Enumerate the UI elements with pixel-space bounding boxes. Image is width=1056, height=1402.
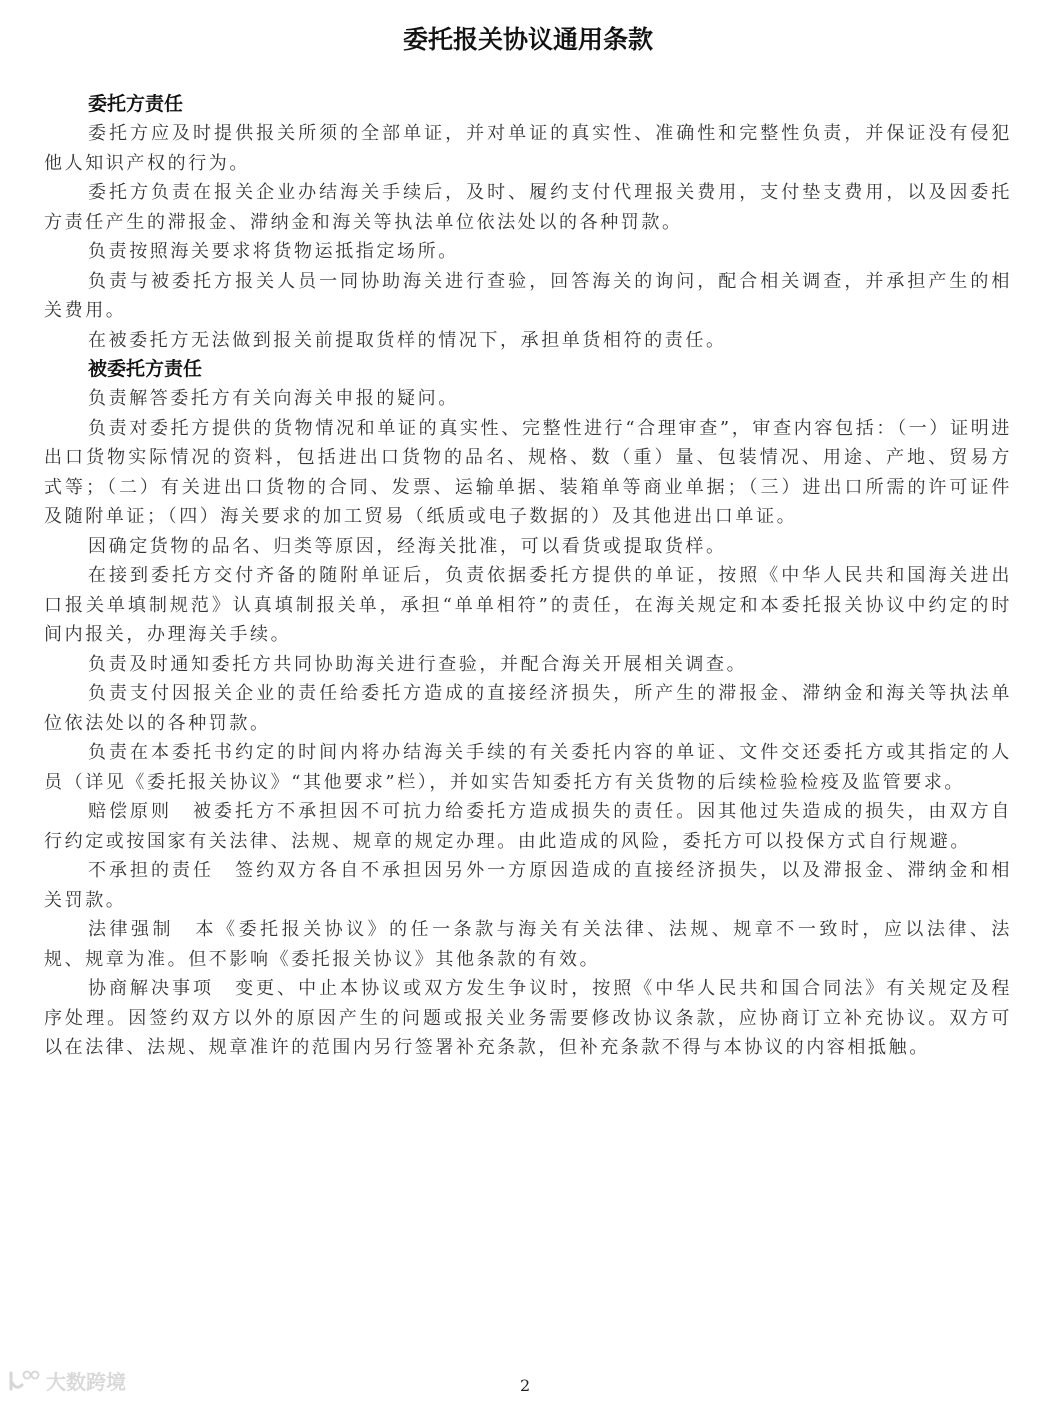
paragraph: 负责在本委托书约定的时间内将办结海关手续的有关委托内容的单证、文件交还委托方或其…	[44, 738, 1012, 797]
paragraph: 赔偿原则 被委托方不承担因不可抗力给委托方造成损失的责任。因其他过失造成的损失，…	[44, 797, 1012, 856]
watermark: 大数跨境	[8, 1366, 126, 1395]
paragraph: 负责解答委托方有关向海关申报的疑问。	[44, 384, 1012, 414]
section-agent-responsibility: 被委托方责任 负责解答委托方有关向海关申报的疑问。 负责对委托方提供的货物情况和…	[44, 355, 1012, 1063]
paragraph: 负责及时通知委托方共同协助海关进行查验，并配合海关开展相关调查。	[44, 650, 1012, 680]
paragraph: 负责按照海关要求将货物运抵指定场所。	[44, 237, 1012, 267]
paragraph: 在被委托方无法做到报关前提取货样的情况下，承担单货相符的责任。	[44, 326, 1012, 356]
paragraph: 负责与被委托方报关人员一同协助海关进行查验，回答海关的询问，配合相关调查，并承担…	[44, 267, 1012, 326]
document-body: 委托方责任 委托方应及时提供报关所须的全部单证，并对单证的真实性、准确性和完整性…	[44, 90, 1012, 1063]
paragraph: 委托方应及时提供报关所须的全部单证，并对单证的真实性、准确性和完整性负责，并保证…	[44, 119, 1012, 178]
paragraph: 协商解决事项 变更、中止本协议或双方发生争议时，按照《中华人民共和国合同法》有关…	[44, 974, 1012, 1063]
document-title: 委托报关协议通用条款	[0, 20, 1056, 56]
paragraph: 因确定货物的品名、归类等原因，经海关批准，可以看货或提取货样。	[44, 532, 1012, 562]
section-heading: 被委托方责任	[44, 355, 1012, 384]
brand-logo-icon	[8, 1369, 40, 1393]
page-number: 2	[520, 1376, 530, 1395]
paragraph: 负责支付因报关企业的责任给委托方造成的直接经济损失，所产生的滞报金、滞纳金和海关…	[44, 679, 1012, 738]
paragraph: 不承担的责任 签约双方各自不承担因另外一方原因造成的直接经济损失，以及滞报金、滞…	[44, 856, 1012, 915]
paragraph: 负责对委托方提供的货物情况和单证的真实性、完整性进行“合理审查”，审查内容包括：…	[44, 414, 1012, 532]
watermark-text: 大数跨境	[46, 1366, 126, 1395]
section-heading: 委托方责任	[44, 90, 1012, 119]
paragraph: 在接到委托方交付齐备的随附单证后，负责依据委托方提供的单证，按照《中华人民共和国…	[44, 561, 1012, 650]
paragraph: 法律强制 本《委托报关协议》的任一条款与海关有关法律、法规、规章不一致时，应以法…	[44, 915, 1012, 974]
paragraph: 委托方负责在报关企业办结海关手续后，及时、履约支付代理报关费用，支付垫支费用，以…	[44, 178, 1012, 237]
section-client-responsibility: 委托方责任 委托方应及时提供报关所须的全部单证，并对单证的真实性、准确性和完整性…	[44, 90, 1012, 355]
